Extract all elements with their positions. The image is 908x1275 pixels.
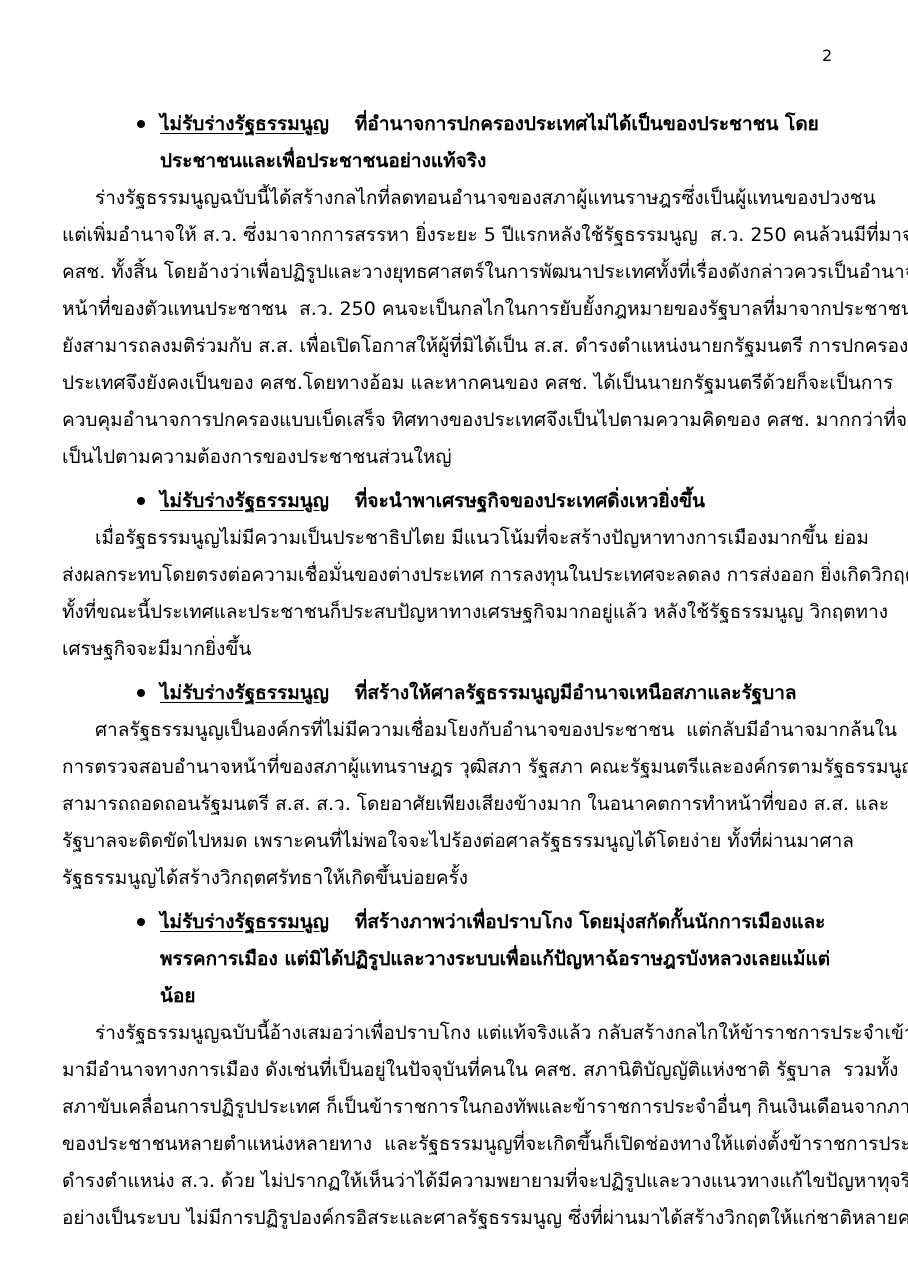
section-reject-corruption-claim: ไม่รับร่างรัฐธรรมนูญที่สร้างภาพว่าเพื่อป… bbox=[62, 904, 846, 1237]
heading-line: น้อย bbox=[160, 978, 846, 1015]
body-line: ร่างรัฐธรรมนูญฉบับนี้อ้างเสมอว่าเพื่อปรา… bbox=[62, 1015, 846, 1052]
section-heading: ไม่รับร่างรัฐธรรมนูญที่จะนำพาเศรษฐกิจของ… bbox=[62, 483, 846, 520]
section-body: เมื่อรัฐธรรมนูญไม่มีความเป็นประชาธิปไตย … bbox=[62, 520, 846, 668]
section-heading: ไม่รับร่างรัฐธรรมนูญที่อำนาจการปกครองประ… bbox=[62, 106, 846, 180]
section-body: ร่างรัฐธรรมนูญฉบับนี้อ้างเสมอว่าเพื่อปรา… bbox=[62, 1015, 846, 1237]
heading-lead: ไม่รับร่างรัฐธรรมนูญ bbox=[160, 113, 329, 135]
bullet-icon bbox=[137, 689, 145, 697]
bullet-icon bbox=[137, 497, 145, 505]
heading-text: ที่จะนำพาเศรษฐกิจของประเทศดิ่งเหวยิ่งขึ้… bbox=[355, 490, 705, 512]
heading-text: ที่สร้างให้ศาลรัฐธรรมนูญมีอำนาจเหนือสภาแ… bbox=[355, 682, 797, 704]
heading-lead: ไม่รับร่างรัฐธรรมนูญ bbox=[160, 490, 329, 512]
section-heading: ไม่รับร่างรัฐธรรมนูญที่สร้างให้ศาลรัฐธรร… bbox=[62, 675, 846, 712]
heading-lead: ไม่รับร่างรัฐธรรมนูญ bbox=[160, 911, 329, 933]
heading-line: ไม่รับร่างรัฐธรรมนูญที่สร้างภาพว่าเพื่อป… bbox=[160, 904, 846, 941]
section-body: ร่างรัฐธรรมนูญฉบับนี้ได้สร้างกลไกที่ลดทอ… bbox=[62, 180, 846, 476]
heading-line: ประชาชนและเพื่อประชาชนอย่างแท้จริง bbox=[160, 143, 846, 180]
body-line: แต่เพิ่มอำนาจให้ ส.ว. ซึ่งมาจากการสรรหา … bbox=[62, 217, 846, 254]
body-line: การตรวจสอบอำนาจหน้าที่ของสภาผู้แทนราษฎร … bbox=[62, 749, 846, 786]
section-body: ศาลรัฐธรรมนูญเป็นองค์กรที่ไม่มีความเชื่อ… bbox=[62, 712, 846, 897]
body-line: ดำรงตำแหน่ง ส.ว. ด้วย ไม่ปรากฏให้เห็นว่า… bbox=[62, 1163, 846, 1200]
body-line: ทั้งที่ขณะนี้ประเทศและประชาชนก็ประสบปัญห… bbox=[62, 594, 846, 631]
body-line: สามารถถอดถอนรัฐมนตรี ส.ส. ส.ว. โดยอาศัยเ… bbox=[62, 786, 846, 823]
body-line: เป็นไปตามความต้องการของประชาชนส่วนใหญ่ bbox=[62, 439, 846, 476]
heading-text: ที่อำนาจการปกครองประเทศไม่ได้เป็นของประช… bbox=[355, 113, 819, 135]
section-reject-economy: ไม่รับร่างรัฐธรรมนูญที่จะนำพาเศรษฐกิจของ… bbox=[62, 483, 846, 668]
body-line: ส่งผลกระทบโดยตรงต่อความเชื่อมั่นของต่างป… bbox=[62, 557, 846, 594]
body-line: รัฐธรรมนูญได้สร้างวิกฤตศรัทธาให้เกิดขึ้น… bbox=[62, 860, 846, 897]
body-line: ประเทศจึงยังคงเป็นของ คสช.โดยทางอ้อม และ… bbox=[62, 365, 846, 402]
body-line: สภาขับเคลื่อนการปฏิรูปประเทศ ก็เป็นข้ารา… bbox=[62, 1089, 846, 1126]
body-line: มามีอำนาจทางการเมือง ดังเช่นที่เป็นอยู่ใ… bbox=[62, 1052, 846, 1089]
body-line: เมื่อรัฐธรรมนูญไม่มีความเป็นประชาธิปไตย … bbox=[62, 520, 846, 557]
body-line: ควบคุมอำนาจการปกครองแบบเบ็ดเสร็จ ทิศทางข… bbox=[62, 402, 846, 439]
body-line: ร่างรัฐธรรมนูญฉบับนี้ได้สร้างกลไกที่ลดทอ… bbox=[62, 180, 846, 217]
body-line: อย่างเป็นระบบ ไม่มีการปฏิรูปองค์กรอิสระแ… bbox=[62, 1200, 846, 1237]
document-content: ไม่รับร่างรัฐธรรมนูญที่อำนาจการปกครองประ… bbox=[62, 106, 846, 1237]
page-number: 2 bbox=[822, 45, 832, 67]
heading-line: ไม่รับร่างรัฐธรรมนูญที่อำนาจการปกครองประ… bbox=[160, 106, 846, 143]
section-reject-court: ไม่รับร่างรัฐธรรมนูญที่สร้างให้ศาลรัฐธรร… bbox=[62, 675, 846, 897]
body-line: รัฐบาลจะติดขัดไปหมด เพราะคนที่ไม่พอใจจะไ… bbox=[62, 823, 846, 860]
heading-line: พรรคการเมือง แต่มิได้ปฏิรูปและวางระบบเพื… bbox=[160, 941, 846, 978]
section-reject-power: ไม่รับร่างรัฐธรรมนูญที่อำนาจการปกครองประ… bbox=[62, 106, 846, 476]
heading-text: ที่สร้างภาพว่าเพื่อปราบโกง โดยมุ่งสกัดกั… bbox=[355, 911, 825, 933]
body-line: หน้าที่ของตัวแทนประชาชน ส.ว. 250 คนจะเป็… bbox=[62, 291, 846, 328]
body-line: ของประชาชนหลายตำแหน่งหลายทาง และรัฐธรรมน… bbox=[62, 1126, 846, 1163]
body-line: ยังสามารถลงมติร่วมกับ ส.ส. เพื่อเปิดโอกา… bbox=[62, 328, 846, 365]
heading-lead: ไม่รับร่างรัฐธรรมนูญ bbox=[160, 682, 329, 704]
heading-line: ไม่รับร่างรัฐธรรมนูญที่สร้างให้ศาลรัฐธรร… bbox=[160, 675, 846, 712]
body-line: เศรษฐกิจจะมีมากยิ่งขึ้น bbox=[62, 631, 846, 668]
bullet-icon bbox=[137, 918, 145, 926]
body-line: ศาลรัฐธรรมนูญเป็นองค์กรที่ไม่มีความเชื่อ… bbox=[62, 712, 846, 749]
body-line: คสช. ทั้งสิ้น โดยอ้างว่าเพื่อปฏิรูปและวา… bbox=[62, 254, 846, 291]
bullet-icon bbox=[137, 120, 145, 128]
section-heading: ไม่รับร่างรัฐธรรมนูญที่สร้างภาพว่าเพื่อป… bbox=[62, 904, 846, 1015]
document-page: 2 ไม่รับร่างรัฐธรรมนูญที่อำนาจการปกครองป… bbox=[0, 0, 908, 1275]
heading-line: ไม่รับร่างรัฐธรรมนูญที่จะนำพาเศรษฐกิจของ… bbox=[160, 483, 846, 520]
